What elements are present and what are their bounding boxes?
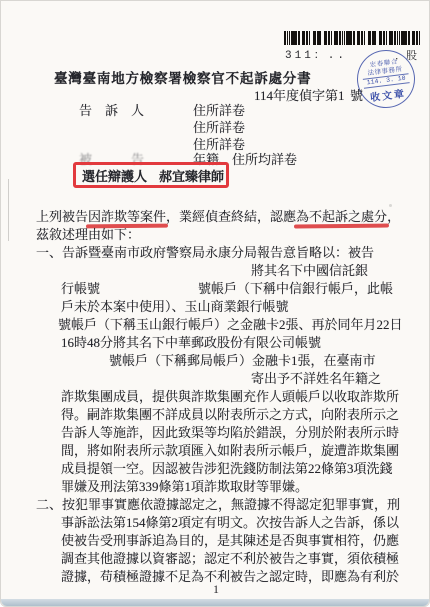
text-run: 戶未於本案中使用）、玉山商業銀行帳號	[61, 299, 289, 314]
text-run: 得。嗣詐欺集團不詳成員以附表所示之方式，向附表所示之	[61, 407, 399, 422]
body-line: 使被告受刑事訴追為目的，是其陳述是否與事實相符，仍應	[61, 530, 399, 549]
complainant-label: 告 訴 人	[79, 103, 144, 119]
counsel-highlight-box: 選任辯護人郝宜臻律師	[73, 162, 229, 188]
text-run: 詐欺集團成員，提供與詐欺集團充作人頭帳戶以收取詐欺所	[61, 389, 399, 404]
text-run: 告訴人等施詐，因此致渠等均陷於錯誤，分別於附表所示時	[61, 425, 399, 440]
body-line: 寄出予不詳姓名年籍之	[251, 368, 381, 387]
text-run: ，業經偵查終結，認應	[166, 209, 296, 224]
text-run: 一、告訴暨臺南市政府警察局永康分局報告意旨略以：被告	[36, 245, 374, 260]
text-run: ，	[387, 209, 400, 224]
text-run: 16時48分將其名下中華郵政股份有限公司帳號	[61, 335, 321, 350]
body-line: 一、告訴暨臺南市政府警察局永康分局報告意旨略以：被告	[36, 242, 374, 261]
complainant-address-2: 住所詳卷	[193, 120, 245, 136]
body-line: 詐欺集團成員，提供與詐欺集團充作人頭帳戶以收取詐欺所	[61, 386, 399, 405]
text-run: 使被告受刑事訴追為目的，是其陳述是否與事實相符，仍應	[61, 533, 399, 548]
text-run: 二、按犯罪事實應依證據認定之，無證據不得認定犯罪事實，刑	[36, 497, 400, 512]
body-line: 上列被告因詐欺等案件，業經偵查終結，認應為不起訴之處分，	[36, 206, 400, 225]
scan-smudge	[301, 248, 305, 250]
body-line: 事訴訟法第154條第2項定有明文。次按告訴人之告訴，係以	[61, 512, 399, 531]
body-line: 行帳號號帳戶（下稱中信銀行帳戶，此帳	[61, 278, 393, 297]
text-run: 號帳戶（下稱郵局帳戶）金融卡1張，在臺南市	[109, 353, 376, 368]
body-line: 成員提領一空。因認被告涉犯洗錢防制法第22條第3項洗錢	[61, 458, 393, 477]
text-run: 上列被告	[36, 209, 88, 224]
scan-bottom-strip	[1, 599, 429, 606]
body-line: 戶未於本案中使用）、玉山商業銀行帳號	[61, 296, 289, 315]
body-line: 16時48分將其名下中華郵政股份有限公司帳號	[61, 332, 321, 351]
counsel-label: 選任辯護人	[82, 169, 147, 184]
barcode	[284, 31, 422, 45]
body-line: 間，將如附表所示款項匯入如附表所示帳戶，旋遭詐欺集團	[61, 440, 399, 459]
document-page: 311：.. ．股 宏春聯合 法律事務所 114. 3. 10 收文章 臺灣臺南…	[0, 0, 430, 607]
text-run: 間，將如附表所示款項匯入如附表所示帳戶，旋遭詐欺集團	[61, 443, 399, 458]
redaction-gap	[100, 292, 198, 293]
text-run: 號帳戶（下稱中信銀行帳戶，此帳	[198, 281, 393, 296]
red-underlined-text: 因詐欺等案件	[88, 209, 166, 224]
page-number: 1	[1, 582, 430, 597]
text-run: 號帳戶（下稱玉山銀行帳戶）之金融卡2張、再於同年月22日	[58, 317, 403, 332]
text-run: 成員提領一空。因認被告涉犯洗錢防制法第22條第3項洗錢	[61, 461, 393, 476]
body-line: 茲敘述理由如下：	[36, 224, 140, 243]
body-line: 調查其他證據以資審認；認定不利於被告之事實，須依積極	[61, 548, 399, 567]
body-line: 告訴人等施詐，因此致渠等均陷於錯誤，分別於附表所示時	[61, 422, 399, 441]
red-underlined-text: 為不起訴之處分	[296, 209, 387, 224]
body-line: 號帳戶（下稱郵局帳戶）金融卡1張，在臺南市	[109, 350, 376, 369]
barcode-text: 311：..	[285, 46, 347, 62]
text-run: 事訴訟法第154條第2項定有明文。次按告訴人之告訴，係以	[61, 515, 399, 530]
document-title: 臺灣臺南地方檢察署檢察官不起訴處分書	[54, 71, 311, 87]
scan-edge-mark	[8, 179, 9, 241]
case-number: 114年度偵字第1	[254, 88, 345, 104]
case-number-suffix: 號	[350, 88, 363, 104]
text-run: 罪嫌及刑法第339條第1項詐欺取財等罪嫌。	[61, 479, 308, 494]
body-line: 將其名下中國信託銀	[251, 260, 368, 279]
body-line: 罪嫌及刑法第339條第1項詐欺取財等罪嫌。	[61, 476, 308, 495]
text-run: 茲敘述理由如下：	[36, 227, 140, 242]
scan-smudge	[389, 204, 392, 207]
stamp-label: 收文章	[369, 84, 407, 103]
complainant-address-3: 住所詳卷	[193, 137, 245, 153]
body-line: 號帳戶（下稱玉山銀行帳戶）之金融卡2張、再於同年月22日	[58, 314, 403, 333]
body-line: 二、按犯罪事實應依證據認定之，無證據不得認定犯罪事實，刑	[36, 494, 400, 513]
text-run: 將其名下中國信託銀	[251, 263, 368, 278]
complainant-address-1: 住所詳卷	[193, 103, 245, 119]
counsel-name: 郝宜臻律師	[159, 169, 224, 184]
text-run: 寄出予不詳姓名年籍之	[251, 371, 381, 386]
body-line: 得。嗣詐欺集團不詳成員以附表所示之方式，向附表所示之	[61, 404, 399, 423]
text-run: 調查其他證據以資審認；認定不利於被告之事實，須依積極	[61, 551, 399, 566]
text-run: 行帳號	[61, 281, 100, 296]
